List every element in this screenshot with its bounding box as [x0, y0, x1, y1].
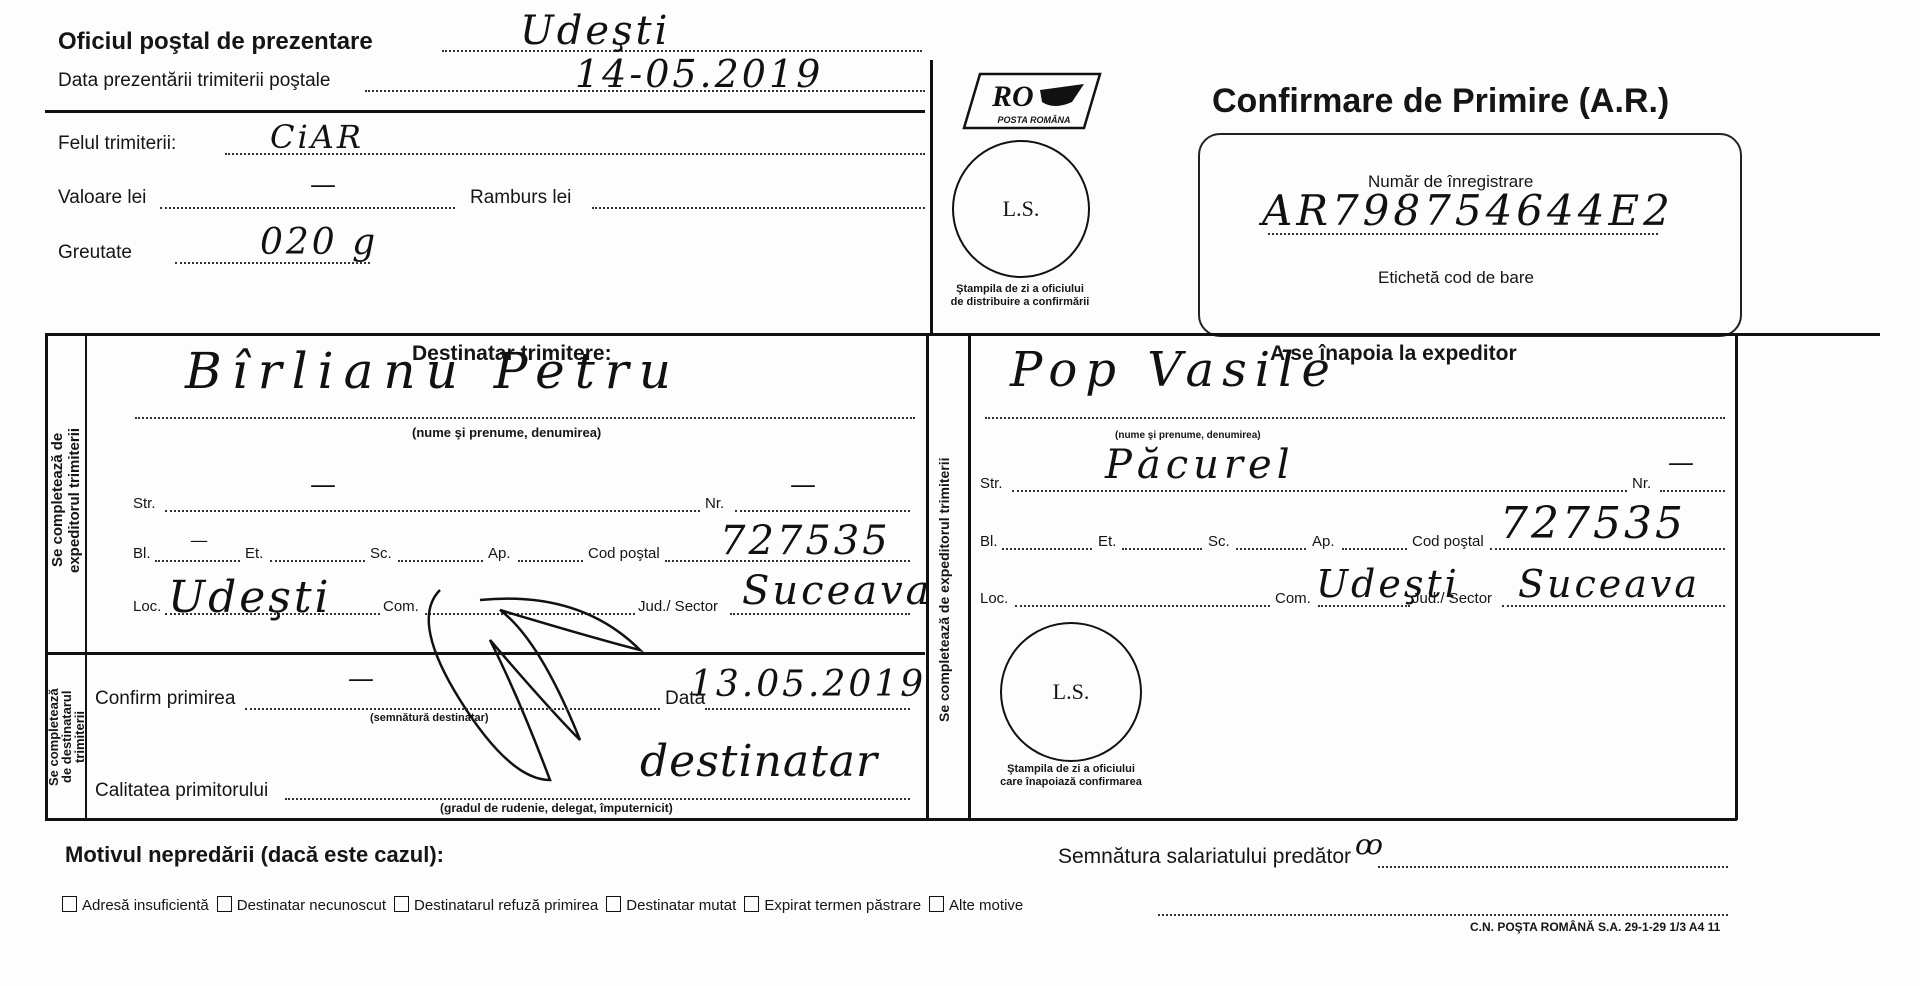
- recipient-bl-label: Bl.: [133, 545, 151, 562]
- recipient-ap-dots: [518, 560, 583, 562]
- sender-nr-label: Nr.: [1632, 475, 1651, 492]
- checkbox-icon[interactable]: [62, 896, 77, 912]
- quality-label: Calitatea primitorului: [95, 780, 268, 802]
- recipient-jud-value[interactable]: Suceava: [742, 568, 933, 614]
- recipient-postal-value[interactable]: 727535: [720, 518, 891, 564]
- sender-name-dots: [985, 417, 1725, 419]
- sender-street-dots: [1012, 490, 1627, 492]
- stamp-bottom-caption: Ştampila de zi a oficiului care înapoiaz…: [976, 763, 1166, 789]
- reason-destinatar-mutat[interactable]: Destinatar mutat: [606, 896, 736, 914]
- reason-title: Motivul nepredării (dacă este cazul):: [65, 842, 444, 868]
- sender-jud-value[interactable]: Suceava: [1518, 562, 1700, 606]
- receipt-side-label-3: trimiterii: [73, 662, 86, 812]
- stamp-top-caption-2: de distribuire a confirmării: [930, 296, 1110, 309]
- svg-text:RO: RO: [991, 80, 1034, 113]
- recipient-loc-value[interactable]: Udeşti: [168, 572, 332, 623]
- form-code: C.N. POŞTA ROMÂNĂ S.A. 29-1-29 1/3 A4 11: [1470, 920, 1720, 934]
- main-right-border: [1735, 333, 1738, 820]
- sender-side-label: Se completează de expeditorul trimiterii: [936, 430, 953, 750]
- stamp-top-caption: Ştampila de zi a oficiului de distribuir…: [930, 283, 1110, 309]
- signature-hint: (semnătură destinatar): [370, 712, 489, 724]
- sender-name-hint: (nume şi prenume, denumirea): [1115, 430, 1261, 441]
- receipt-side-label: Se completează de destinatarul trimiteri…: [47, 662, 86, 812]
- checkbox-icon[interactable]: [929, 896, 944, 912]
- employee-signature-dots: [1378, 866, 1728, 868]
- confirm-dots: [245, 708, 660, 710]
- registration-box: [1198, 133, 1742, 337]
- barcode-label: Etichetă cod de bare: [1378, 268, 1534, 288]
- stamp-bottom-caption-1: Ştampila de zi a oficiului: [976, 763, 1166, 776]
- quality-value[interactable]: destinatar: [640, 736, 878, 787]
- weight-label: Greutate: [58, 242, 132, 264]
- cod-dots: [592, 207, 925, 209]
- stamp-circle-top: L.S.: [952, 140, 1090, 278]
- employee-signature-mark[interactable]: ꝏ: [1355, 828, 1386, 861]
- main-top-border: [45, 333, 1880, 336]
- value-label: Valoare lei: [58, 187, 146, 209]
- sender-et-dots: [1122, 548, 1202, 550]
- stamp-bottom-caption-2: care înapoiază confirmarea: [976, 776, 1166, 789]
- recipient-loc-label: Loc.: [133, 598, 161, 615]
- sender-et-label: Et.: [1098, 533, 1116, 550]
- page-title: Confirmare de Primire (A.R.): [1212, 82, 1669, 121]
- recipient-side-label: Se completează de expeditorul trimiterii: [49, 410, 83, 590]
- sender-sc-dots: [1236, 548, 1306, 550]
- receipt-date-value[interactable]: 13.05.2019: [690, 664, 926, 705]
- recipient-ap-label: Ap.: [488, 545, 511, 562]
- checkbox-icon[interactable]: [217, 896, 232, 912]
- employee-signature-label: Semnătura salariatului predător: [1058, 845, 1351, 869]
- value-dots: [160, 207, 455, 209]
- reg-value[interactable]: AR798754644E2: [1262, 186, 1674, 235]
- confirm-value[interactable]: —: [348, 664, 377, 694]
- checkbox-icon[interactable]: [606, 896, 621, 912]
- recipient-street-dots: [165, 510, 700, 512]
- sender-jud-label: Jud./ Sector: [1412, 590, 1492, 607]
- reason-adresa-insuficienta[interactable]: Adresă insuficientă: [62, 896, 209, 914]
- reason-alte-motive[interactable]: Alte motive: [929, 896, 1023, 914]
- stamp-top-caption-1: Ştampila de zi a oficiului: [930, 283, 1110, 296]
- sender-sc-label: Sc.: [1208, 533, 1230, 550]
- main-bottom-border: [45, 818, 1737, 821]
- sender-street-label: Str.: [980, 475, 1003, 492]
- sender-loc-label: Loc.: [980, 590, 1008, 607]
- recipient-et-label: Et.: [245, 545, 263, 562]
- sender-postal-label: Cod poştal: [1412, 533, 1484, 550]
- recipient-nr-dots: [735, 510, 910, 512]
- recipient-bl-dots: [155, 560, 240, 562]
- checkbox-icon[interactable]: [744, 896, 759, 912]
- quality-dots: [285, 798, 910, 800]
- recipient-bl-value[interactable]: —: [190, 530, 211, 551]
- office-value[interactable]: Udeşti: [520, 8, 670, 54]
- sender-bl-label: Bl.: [980, 533, 998, 550]
- alte-motive-dots: [1158, 914, 1728, 916]
- sender-name[interactable]: Pop Vasile: [1010, 342, 1338, 398]
- recipient-street-value[interactable]: —: [310, 470, 339, 500]
- sender-nr-dots: [1660, 490, 1725, 492]
- office-label: Oficiul poştal de prezentare: [58, 28, 373, 56]
- stamp-circle-bottom: L.S.: [1000, 622, 1142, 762]
- value-value[interactable]: —: [310, 170, 339, 200]
- recipient-sc-label: Sc.: [370, 545, 392, 562]
- recipient-name-dots: [135, 417, 915, 419]
- sender-bl-dots: [1002, 548, 1092, 550]
- sender-loc-dots: [1015, 605, 1270, 607]
- recipient-sc-dots: [398, 560, 483, 562]
- quality-hint: (gradul de rudenie, delegat, împuternici…: [440, 801, 673, 815]
- ls-top: L.S.: [1003, 196, 1040, 222]
- reason-checkboxes: Adresă insuficientă Destinatar necunoscu…: [62, 896, 1031, 914]
- header-divider: [45, 110, 925, 113]
- sender-ap-dots: [1342, 548, 1407, 550]
- recipient-nr-value[interactable]: —: [790, 470, 819, 500]
- sender-ap-label: Ap.: [1312, 533, 1335, 550]
- recipient-street-label: Str.: [133, 495, 156, 512]
- reason-refuza-primirea[interactable]: Destinatarul refuză primirea: [394, 896, 598, 914]
- recipient-side-label-2: expeditorul trimiterii: [66, 410, 83, 590]
- date-label: Data prezentării trimiterii poştale: [58, 70, 330, 92]
- sender-nr-value[interactable]: —: [1668, 448, 1697, 478]
- recipient-signature-icon: [400, 580, 660, 820]
- reason-destinatar-necunoscut[interactable]: Destinatar necunoscut: [217, 896, 386, 914]
- date-value[interactable]: 14-05.2019: [575, 52, 823, 96]
- type-value[interactable]: CiAR: [270, 118, 364, 156]
- recipient-postal-label: Cod poştal: [588, 545, 660, 562]
- receipt-date-dots: [705, 708, 910, 710]
- confirm-label: Confirm primirea: [95, 688, 235, 710]
- reason-expirat-termen[interactable]: Expirat termen păstrare: [744, 896, 921, 914]
- logo-text: POSTA ROMÂNA: [984, 114, 1084, 127]
- sender-postal-value[interactable]: 727535: [1500, 498, 1686, 549]
- recipient-side-label-1: Se completează de: [49, 410, 66, 590]
- recipient-nr-label: Nr.: [705, 495, 724, 512]
- sender-com-label: Com.: [1275, 590, 1311, 607]
- sender-street-value[interactable]: Păcurel: [1105, 442, 1295, 488]
- cod-label: Ramburs lei: [470, 187, 571, 209]
- recipient-et-dots: [270, 560, 365, 562]
- center-divider-2: [968, 333, 971, 820]
- ls-bottom: L.S.: [1053, 679, 1090, 705]
- weight-value[interactable]: 020 g: [260, 222, 378, 263]
- recipient-name-hint: (nume şi prenume, denumirea): [412, 425, 601, 440]
- checkbox-icon[interactable]: [394, 896, 409, 912]
- recipient-name[interactable]: Bîrlianu Petru: [185, 342, 681, 400]
- type-label: Felul trimiterii:: [58, 133, 176, 155]
